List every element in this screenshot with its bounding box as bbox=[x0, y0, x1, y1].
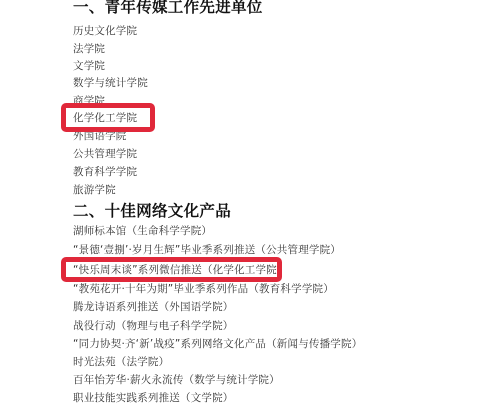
list-item: 数学与统计学院 bbox=[73, 76, 148, 90]
list-item: 湖师标本馆（生命科学学院） bbox=[73, 224, 212, 238]
section-heading-1: 一、青年传媒工作先进单位 bbox=[73, 0, 263, 16]
list-item: “同力协契·齐‘新’战疫”系列网络文化产品（新闻与传播学院） bbox=[73, 337, 362, 351]
list-item: “教苑花开·十年为期”毕业季系列作品（教育科学学院） bbox=[73, 282, 334, 296]
section-heading-2: 二、十佳网络文化产品 bbox=[73, 202, 231, 220]
list-item: 百年怡芳华·薪火永流传（数学与统计学院） bbox=[73, 373, 280, 387]
list-item: 外国语学院 bbox=[73, 129, 127, 143]
list-item: 商学院 bbox=[73, 94, 105, 108]
list-item: 职业技能实践系列推送（文学院） bbox=[73, 391, 234, 405]
list-item: 法学院 bbox=[73, 42, 105, 56]
list-item: 腾龙诗语系列推送（外国语学院） bbox=[73, 300, 234, 314]
list-item: 旅游学院 bbox=[73, 183, 116, 197]
list-item: 文学院 bbox=[73, 59, 105, 73]
list-item: 教育科学学院 bbox=[73, 165, 137, 179]
list-item-highlighted: 化学化工学院 bbox=[73, 111, 137, 125]
list-item: 时光法苑（法学院） bbox=[73, 355, 169, 369]
list-item: “景德‘壹捌’·岁月生辉”毕业季系列推送（公共管理学院） bbox=[73, 243, 341, 257]
list-item-highlighted: “快乐周末谈”系列微信推送（化学化工学院） bbox=[73, 263, 288, 277]
list-item: 历史文化学院 bbox=[73, 24, 137, 38]
list-item: 公共管理学院 bbox=[73, 147, 137, 161]
list-item: 战役行动（物理与电子科学学院） bbox=[73, 319, 234, 333]
